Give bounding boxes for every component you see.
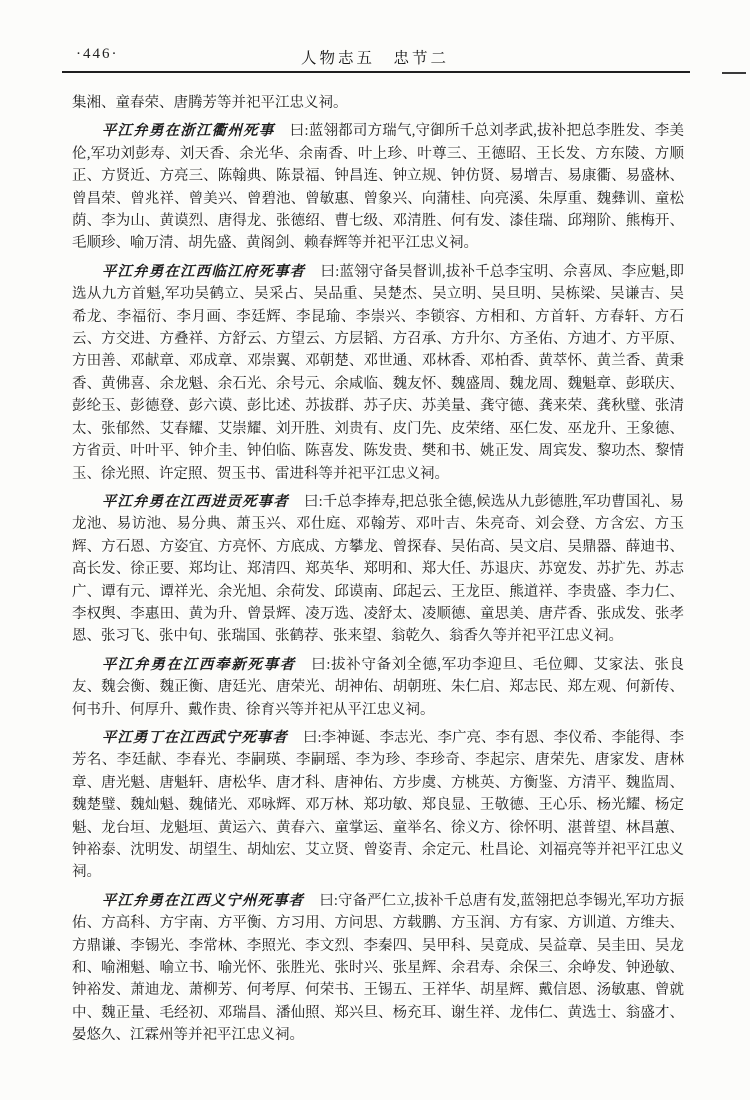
paragraph-body: 曰:守备严仁立,拔补千总唐有发,蓝翎把总李锡光,军功方振佑、方高科、方宇南、方平…	[72, 893, 684, 1043]
paragraph-body: 曰:蓝翎守备吴督训,拔补千总李宝明、佘喜凤、李应魁,即选从九方首魁,军功吴鹤立、…	[72, 264, 684, 482]
paragraph-jingong: 平江弁勇在江西进贡死事者曰:千总李捧寿,把总张全德,候选从九彭德胜,军功曹国礼、…	[72, 491, 684, 648]
paragraph-heading: 平江弁勇在浙江衢州死事	[102, 123, 275, 139]
paragraph-linjiangfu: 平江弁勇在江西临江府死事者曰:蓝翎守备吴督训,拔补千总李宝明、佘喜凤、李应魁,即…	[72, 261, 684, 485]
paragraph-heading: 平江弁勇在江西进贡死事者	[102, 494, 289, 510]
paragraph-body: 集湘、童春荣、唐腾芳等并祀平江忠义祠。	[72, 95, 348, 111]
paragraph-fengxin: 平江弁勇在江西奉新死事者曰:拔补守备刘全德,军功李迎旦、毛位卿、艾家法、张良友、…	[72, 654, 684, 721]
paragraph-heading: 平江勇丁在江西武宁死事者	[102, 730, 288, 746]
paragraph-heading: 平江弁勇在江西临江府死事者	[102, 264, 306, 280]
paragraph-quzhou: 平江弁勇在浙江衢州死事曰:蓝翎都司方瑞气,守御所千总刘孝武,拔补把总李胜发、李美…	[72, 120, 684, 254]
header-rule-dash	[722, 72, 746, 74]
text-block: 集湘、童春荣、唐腾芳等并祀平江忠义祠。 平江弁勇在浙江衢州死事曰:蓝翎都司方瑞气…	[72, 92, 684, 1047]
paragraph-yiningzhou: 平江弁勇在江西义宁州死事者曰:守备严仁立,拔补千总唐有发,蓝翎把总李锡光,军功方…	[72, 890, 684, 1047]
book-page: ·446· 人物志五 忠节二 集湘、童春荣、唐腾芳等并祀平江忠义祠。 平江弁勇在…	[0, 0, 750, 1100]
page-header: ·446· 人物志五 忠节二	[62, 46, 688, 68]
paragraph-body: 曰:千总李捧寿,把总张全德,候选从九彭德胜,军功曹国礼、易龙池、易访池、易分典、…	[72, 494, 684, 644]
paragraph-wuning: 平江勇丁在江西武宁死事者曰:李神诞、李志光、李广亮、李有恩、李仪希、李能得、李芳…	[72, 727, 684, 884]
page-number: ·446·	[76, 46, 119, 63]
paragraph-continuation: 集湘、童春荣、唐腾芳等并祀平江忠义祠。	[72, 92, 684, 114]
section-title: 人物志五 忠节二	[62, 46, 688, 68]
paragraph-body: 曰:李神诞、李志光、李广亮、李有恩、李仪希、李能得、李芳名、李廷献、李春光、李嗣…	[72, 730, 684, 880]
paragraph-heading: 平江弁勇在江西义宁州死事者	[102, 893, 304, 909]
paragraph-heading: 平江弁勇在江西奉新死事者	[102, 657, 296, 673]
paragraph-body: 曰:蓝翎都司方瑞气,守御所千总刘孝武,拔补把总李胜发、李美伦,军功刘彭寿、刘天香…	[72, 123, 684, 251]
header-rule	[62, 71, 690, 73]
